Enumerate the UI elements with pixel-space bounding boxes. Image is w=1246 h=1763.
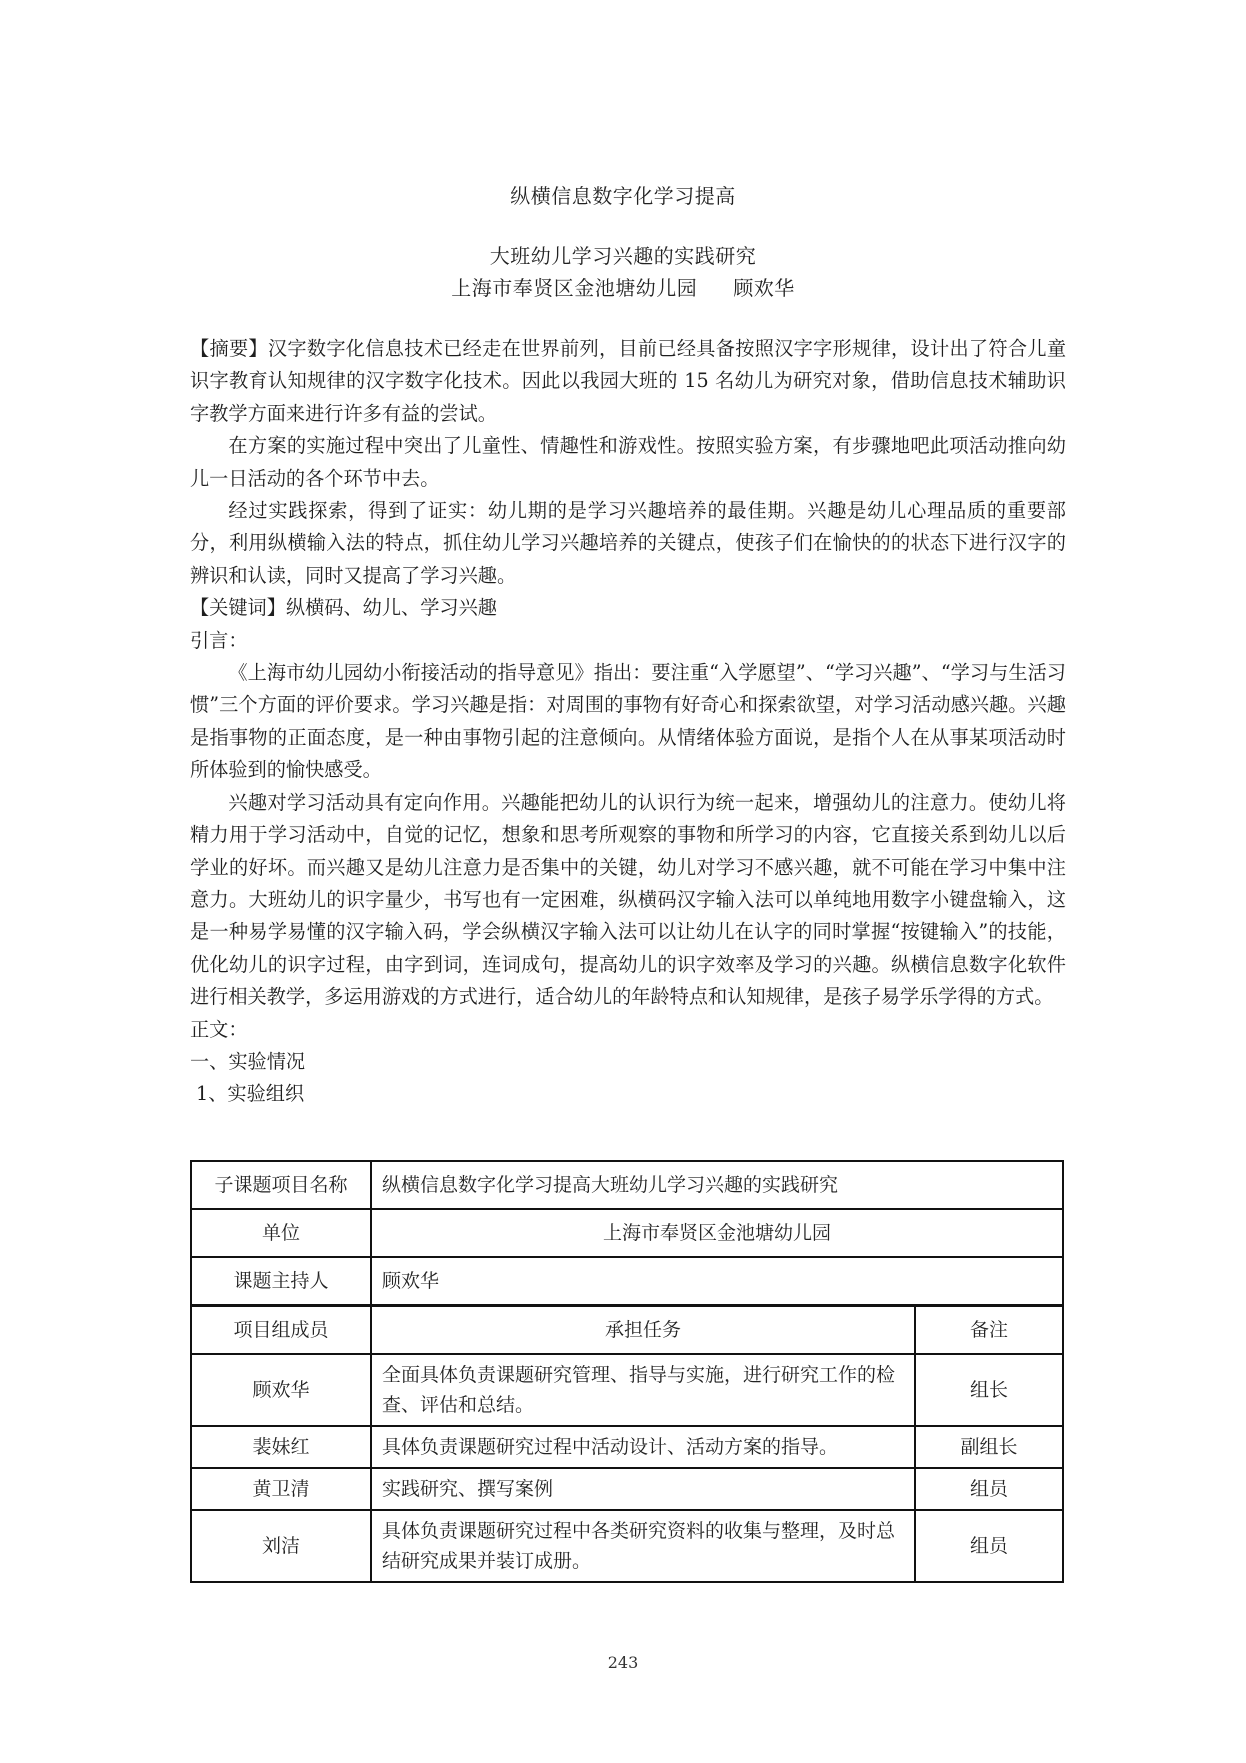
- member-note: 组员: [915, 1468, 1063, 1510]
- member-note: 副组长: [915, 1426, 1063, 1468]
- keywords-text: 纵横码、幼儿、学习兴趣: [286, 596, 497, 619]
- author-line: 上海市奉贤区金池塘幼儿园顾欢华: [0, 272, 1246, 301]
- abstract-label: 【摘要】: [190, 337, 268, 360]
- body-text: 【摘要】汉字数字化信息技术已经走在世界前列，目前已经具备按照汉字字形规律，设计出…: [190, 333, 1066, 1111]
- table-row: 子课题项目名称 纵横信息数字化学习提高大班幼儿学习兴趣的实践研究: [191, 1161, 1063, 1209]
- project-name-value: 纵横信息数字化学习提高大班幼儿学习兴趣的实践研究: [371, 1161, 1063, 1209]
- subsection-heading-1: 1、实验组织: [190, 1078, 1066, 1110]
- intro-paragraph-1: 《上海市幼儿园幼小衔接活动的指导意见》指出：要注重“入学愿望”、“学习兴趣”、“…: [190, 657, 1066, 787]
- member-name: 顾欢华: [191, 1354, 371, 1426]
- members-header: 项目组成员: [191, 1306, 371, 1355]
- author-name: 顾欢华: [733, 276, 795, 300]
- experiment-organization-table: 子课题项目名称 纵横信息数字化学习提高大班幼儿学习兴趣的实践研究 单位 上海市奉…: [190, 1160, 1064, 1583]
- title-line-1: 纵横信息数字化学习提高: [0, 180, 1246, 209]
- affiliation: 上海市奉贤区金池塘幼儿园: [451, 276, 697, 300]
- member-task: 实践研究、撰写案例: [371, 1468, 915, 1510]
- task-header: 承担任务: [371, 1306, 915, 1355]
- project-name-label: 子课题项目名称: [191, 1161, 371, 1209]
- keywords: 【关键词】纵横码、幼儿、学习兴趣: [190, 592, 1066, 624]
- member-task: 具体负责课题研究过程中活动设计、活动方案的指导。: [371, 1426, 915, 1468]
- member-name: 黄卫清: [191, 1468, 371, 1510]
- page-number: 243: [0, 1653, 1246, 1672]
- table-row: 顾欢华 全面具体负责课题研究管理、指导与实施，进行研究工作的检查、评估和总结。 …: [191, 1354, 1063, 1426]
- intro-heading: 引言：: [190, 625, 1066, 657]
- table-row: 黄卫清 实践研究、撰写案例 组员: [191, 1468, 1063, 1510]
- title-line-2: 大班幼儿学习兴趣的实践研究: [0, 240, 1246, 269]
- member-name: 裴妹红: [191, 1426, 371, 1468]
- host-label: 课题主持人: [191, 1257, 371, 1306]
- table-row: 单位 上海市奉贤区金池塘幼儿园: [191, 1209, 1063, 1257]
- unit-value: 上海市奉贤区金池塘幼儿园: [371, 1209, 1063, 1257]
- intro-paragraph-2: 兴趣对学习活动具有定向作用。兴趣能把幼儿的认识行为统一起来，增强幼儿的注意力。使…: [190, 787, 1066, 1014]
- table-header-row: 项目组成员 承担任务 备注: [191, 1306, 1063, 1355]
- section-heading-1: 一、实验情况: [190, 1046, 1066, 1078]
- main-heading: 正文：: [190, 1014, 1066, 1046]
- member-note: 组长: [915, 1354, 1063, 1426]
- member-task: 具体负责课题研究过程中各类研究资料的收集与整理，及时总结研究成果并装订成册。: [371, 1510, 915, 1582]
- table-row: 课题主持人 顾欢华: [191, 1257, 1063, 1306]
- unit-label: 单位: [191, 1209, 371, 1257]
- abstract-paragraph-2: 在方案的实施过程中突出了儿童性、情趣性和游戏性。按照实验方案，有步骤地吧此项活动…: [190, 430, 1066, 495]
- table-row: 刘洁 具体负责课题研究过程中各类研究资料的收集与整理，及时总结研究成果并装订成册…: [191, 1510, 1063, 1582]
- abstract-text: 汉字数字化信息技术已经走在世界前列，目前已经具备按照汉字字形规律，设计出了符合儿…: [190, 337, 1066, 425]
- member-name: 刘洁: [191, 1510, 371, 1582]
- member-task: 全面具体负责课题研究管理、指导与实施，进行研究工作的检查、评估和总结。: [371, 1354, 915, 1426]
- abstract-paragraph-3: 经过实践探索，得到了证实：幼儿期的是学习兴趣培养的最佳期。兴趣是幼儿心理品质的重…: [190, 495, 1066, 592]
- abstract-paragraph-1: 【摘要】汉字数字化信息技术已经走在世界前列，目前已经具备按照汉字字形规律，设计出…: [190, 333, 1066, 430]
- keywords-label: 【关键词】: [190, 596, 286, 619]
- host-value: 顾欢华: [371, 1257, 1063, 1306]
- table-row: 裴妹红 具体负责课题研究过程中活动设计、活动方案的指导。 副组长: [191, 1426, 1063, 1468]
- document-page: 纵横信息数字化学习提高 大班幼儿学习兴趣的实践研究 上海市奉贤区金池塘幼儿园顾欢…: [0, 0, 1246, 1763]
- member-note: 组员: [915, 1510, 1063, 1582]
- note-header: 备注: [915, 1306, 1063, 1355]
